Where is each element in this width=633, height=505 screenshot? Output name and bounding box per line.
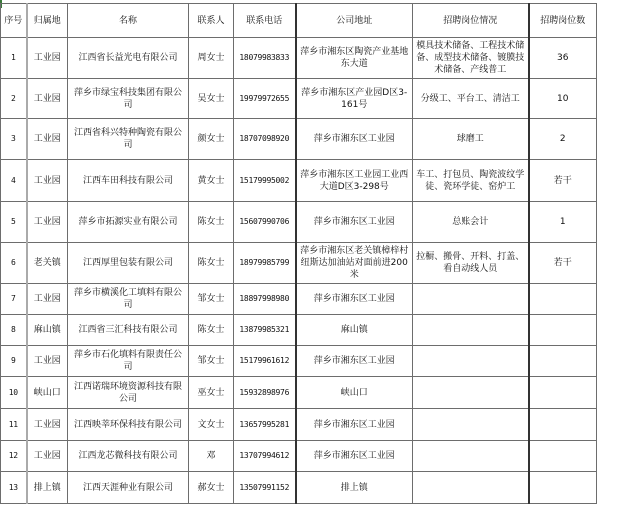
contact-person-cell[interactable]: 吴女士 [189, 79, 234, 119]
recruitment-table: 序号 归属地 名称 联系人 联系电话 公司地址 招聘岗位情况 招聘岗位数 1工业… [0, 3, 597, 504]
phone-cell[interactable]: 13657995281 [234, 409, 296, 441]
table-body: 1工业园江西省长益光电有限公司周女士18079983833萍乡市湘东区陶瓷产业基… [1, 38, 597, 504]
region-cell[interactable]: 麻山镇 [27, 315, 68, 346]
positions-cell[interactable] [413, 346, 529, 377]
address-cell[interactable]: 萍乡市湘东区工业园工业西大道D区3-298号 [296, 160, 413, 202]
address-cell[interactable]: 萍乡市湘东区工业园 [296, 409, 413, 441]
contact-person-cell[interactable]: 文女士 [189, 409, 234, 441]
table-row: 6老关镇江西厚里包装有限公司陈女士18979985799萍乡市湘东区老关镇樟梓村… [1, 243, 597, 284]
position-count-cell[interactable] [529, 441, 597, 472]
phone-cell[interactable]: 13507991152 [234, 472, 296, 504]
address-cell[interactable]: 萍乡市湘东区老关镇樟梓村纽斯达加油站对面前进200米 [296, 243, 413, 284]
positions-cell[interactable]: 拉橱、搬骨、开料、打盖、看自动线人员 [413, 243, 529, 284]
table-row: 12工业园江西龙芯微科技有限公司邓13707994612萍乡市湘东区工业园 [1, 441, 597, 472]
phone-cell[interactable]: 19979972655 [234, 79, 296, 119]
table-row: 2工业园萍乡市绿宝科技集团有限公司吴女士19979972655萍乡市湘东区产业园… [1, 79, 597, 119]
phone-cell[interactable]: 15179961612 [234, 346, 296, 377]
region-cell[interactable]: 排上镇 [27, 472, 68, 504]
address-cell[interactable]: 萍乡市湘东区工业园 [296, 346, 413, 377]
contact-person-cell[interactable]: 邓 [189, 441, 234, 472]
row-number-cell[interactable]: 5 [1, 202, 27, 243]
row-number-cell[interactable]: 2 [1, 79, 27, 119]
region-cell[interactable]: 工业园 [27, 160, 68, 202]
company-name-cell[interactable]: 江西厚里包装有限公司 [68, 243, 189, 284]
position-count-cell[interactable]: 10 [529, 79, 597, 119]
row-number-cell[interactable]: 3 [1, 119, 27, 160]
company-name-cell[interactable]: 江西映莘环保科技有限公司 [68, 409, 189, 441]
positions-cell[interactable] [413, 377, 529, 409]
region-cell[interactable]: 工业园 [27, 202, 68, 243]
position-count-cell[interactable]: 36 [529, 38, 597, 79]
region-cell[interactable]: 峡山口 [27, 377, 68, 409]
position-count-cell[interactable] [529, 315, 597, 346]
contact-person-cell[interactable]: 陈女士 [189, 202, 234, 243]
table-row: 1工业园江西省长益光电有限公司周女士18079983833萍乡市湘东区陶瓷产业基… [1, 38, 597, 79]
positions-cell[interactable]: 球磨工 [413, 119, 529, 160]
positions-cell[interactable] [413, 409, 529, 441]
header-cell-phone[interactable]: 联系电话 [234, 4, 296, 38]
header-cell-contact[interactable]: 联系人 [189, 4, 234, 38]
positions-cell[interactable]: 总账会计 [413, 202, 529, 243]
row-number-cell[interactable]: 7 [1, 284, 27, 315]
address-cell[interactable]: 萍乡市湘东区工业园 [296, 202, 413, 243]
table-row: 11工业园江西映莘环保科技有限公司文女士13657995281萍乡市湘东区工业园 [1, 409, 597, 441]
contact-person-cell[interactable]: 颜女士 [189, 119, 234, 160]
positions-cell[interactable] [413, 315, 529, 346]
phone-cell[interactable]: 13879985321 [234, 315, 296, 346]
address-cell[interactable]: 萍乡市湘东区工业园 [296, 119, 413, 160]
address-cell[interactable]: 萍乡市湘东区陶瓷产业基地东大道 [296, 38, 413, 79]
phone-cell[interactable]: 18079983833 [234, 38, 296, 79]
table-row: 8麻山镇江西省三汇科技有限公司陈女士13879985321麻山镇 [1, 315, 597, 346]
table-row: 3工业园江西省科兴特种陶瓷有限公司颜女士18707098920萍乡市湘东区工业园… [1, 119, 597, 160]
row-number-cell[interactable]: 6 [1, 243, 27, 284]
company-name-cell[interactable]: 江西诺瑞环境资源科技有限公司 [68, 377, 189, 409]
table-row: 7工业园萍乡市横溪化工填料有限公司邹女士18897998980萍乡市湘东区工业园 [1, 284, 597, 315]
position-count-cell[interactable] [529, 377, 597, 409]
positions-cell[interactable]: 模具技术储备、工程技术储备、成型技术储备、镀膜技术储备、产线普工 [413, 38, 529, 79]
phone-cell[interactable]: 18979985799 [234, 243, 296, 284]
address-cell[interactable]: 麻山镇 [296, 315, 413, 346]
company-name-cell[interactable]: 萍乡市拓源实业有限公司 [68, 202, 189, 243]
position-count-cell[interactable] [529, 346, 597, 377]
table-row: 10峡山口江西诺瑞环境资源科技有限公司巫女士15932898976峡山口 [1, 377, 597, 409]
region-cell[interactable]: 老关镇 [27, 243, 68, 284]
positions-cell[interactable] [413, 472, 529, 504]
table-row: 5工业园萍乡市拓源实业有限公司陈女士15607990706萍乡市湘东区工业园总账… [1, 202, 597, 243]
table-row: 4工业园江西车田科技有限公司黄女士15179995002萍乡市湘东区工业园工业西… [1, 160, 597, 202]
phone-cell[interactable]: 18707098920 [234, 119, 296, 160]
region-cell[interactable]: 工业园 [27, 441, 68, 472]
position-count-cell[interactable]: 若干 [529, 160, 597, 202]
phone-cell[interactable]: 18897998980 [234, 284, 296, 315]
positions-cell[interactable]: 分级工、平台工、清洁工 [413, 79, 529, 119]
recruitment-table-sheet: 序号 归属地 名称 联系人 联系电话 公司地址 招聘岗位情况 招聘岗位数 1工业… [0, 3, 597, 504]
company-name-cell[interactable]: 江西车田科技有限公司 [68, 160, 189, 202]
row-number-cell[interactable]: 8 [1, 315, 27, 346]
position-count-cell[interactable]: 1 [529, 202, 597, 243]
row-number-cell[interactable]: 12 [1, 441, 27, 472]
position-count-cell[interactable] [529, 409, 597, 441]
phone-cell[interactable]: 15607990706 [234, 202, 296, 243]
position-count-cell[interactable]: 2 [529, 119, 597, 160]
company-name-cell[interactable]: 江西省长益光电有限公司 [68, 38, 189, 79]
row-number-cell[interactable]: 9 [1, 346, 27, 377]
region-cell[interactable]: 工业园 [27, 38, 68, 79]
header-cell-no[interactable]: 序号 [1, 4, 27, 38]
contact-person-cell[interactable]: 陈女士 [189, 315, 234, 346]
address-cell[interactable]: 萍乡市湘东区工业园 [296, 284, 413, 315]
contact-person-cell[interactable]: 邹女士 [189, 284, 234, 315]
region-cell[interactable]: 工业园 [27, 409, 68, 441]
address-cell[interactable]: 萍乡市湘东区工业园 [296, 441, 413, 472]
positions-cell[interactable] [413, 441, 529, 472]
phone-cell[interactable]: 15932898976 [234, 377, 296, 409]
contact-person-cell[interactable]: 郝女士 [189, 472, 234, 504]
row-number-cell[interactable]: 1 [1, 38, 27, 79]
contact-person-cell[interactable]: 周女士 [189, 38, 234, 79]
region-cell[interactable]: 工业园 [27, 119, 68, 160]
table-row: 13排上镇江西天涯种业有限公司郝女士13507991152排上镇 [1, 472, 597, 504]
phone-cell[interactable]: 13707994612 [234, 441, 296, 472]
contact-person-cell[interactable]: 陈女士 [189, 243, 234, 284]
phone-cell[interactable]: 15179995002 [234, 160, 296, 202]
table-row: 9工业园萍乡市石化填料有限责任公司邹女士15179961612萍乡市湘东区工业园 [1, 346, 597, 377]
header-cell-count[interactable]: 招聘岗位数 [529, 4, 597, 38]
header-cell-address[interactable]: 公司地址 [296, 4, 413, 38]
row-number-cell[interactable]: 10 [1, 377, 27, 409]
header-cell-name[interactable]: 名称 [68, 4, 189, 38]
contact-person-cell[interactable]: 巫女士 [189, 377, 234, 409]
company-name-cell[interactable]: 萍乡市石化填料有限责任公司 [68, 346, 189, 377]
company-name-cell[interactable]: 江西天涯种业有限公司 [68, 472, 189, 504]
address-cell[interactable]: 排上镇 [296, 472, 413, 504]
contact-person-cell[interactable]: 邹女士 [189, 346, 234, 377]
position-count-cell[interactable]: 若干 [529, 243, 597, 284]
row-number-cell[interactable]: 13 [1, 472, 27, 504]
company-name-cell[interactable]: 萍乡市绿宝科技集团有限公司 [68, 79, 189, 119]
header-row: 序号 归属地 名称 联系人 联系电话 公司地址 招聘岗位情况 招聘岗位数 [1, 4, 597, 38]
address-cell[interactable]: 峡山口 [296, 377, 413, 409]
company-name-cell[interactable]: 江西省科兴特种陶瓷有限公司 [68, 119, 189, 160]
position-count-cell[interactable] [529, 284, 597, 315]
region-cell[interactable]: 工业园 [27, 284, 68, 315]
positions-cell[interactable]: 车工、打包员、陶瓷波纹学徒、瓷环学徒、窑炉工 [413, 160, 529, 202]
position-count-cell[interactable] [529, 472, 597, 504]
address-cell[interactable]: 萍乡市湘东区产业园D区3-161号 [296, 79, 413, 119]
positions-cell[interactable] [413, 284, 529, 315]
company-name-cell[interactable]: 萍乡市横溪化工填料有限公司 [68, 284, 189, 315]
header-cell-positions[interactable]: 招聘岗位情况 [413, 4, 529, 38]
row-number-cell[interactable]: 4 [1, 160, 27, 202]
row-number-cell[interactable]: 11 [1, 409, 27, 441]
region-cell[interactable]: 工业园 [27, 79, 68, 119]
region-cell[interactable]: 工业园 [27, 346, 68, 377]
company-name-cell[interactable]: 江西龙芯微科技有限公司 [68, 441, 189, 472]
header-cell-region[interactable]: 归属地 [27, 4, 68, 38]
company-name-cell[interactable]: 江西省三汇科技有限公司 [68, 315, 189, 346]
contact-person-cell[interactable]: 黄女士 [189, 160, 234, 202]
